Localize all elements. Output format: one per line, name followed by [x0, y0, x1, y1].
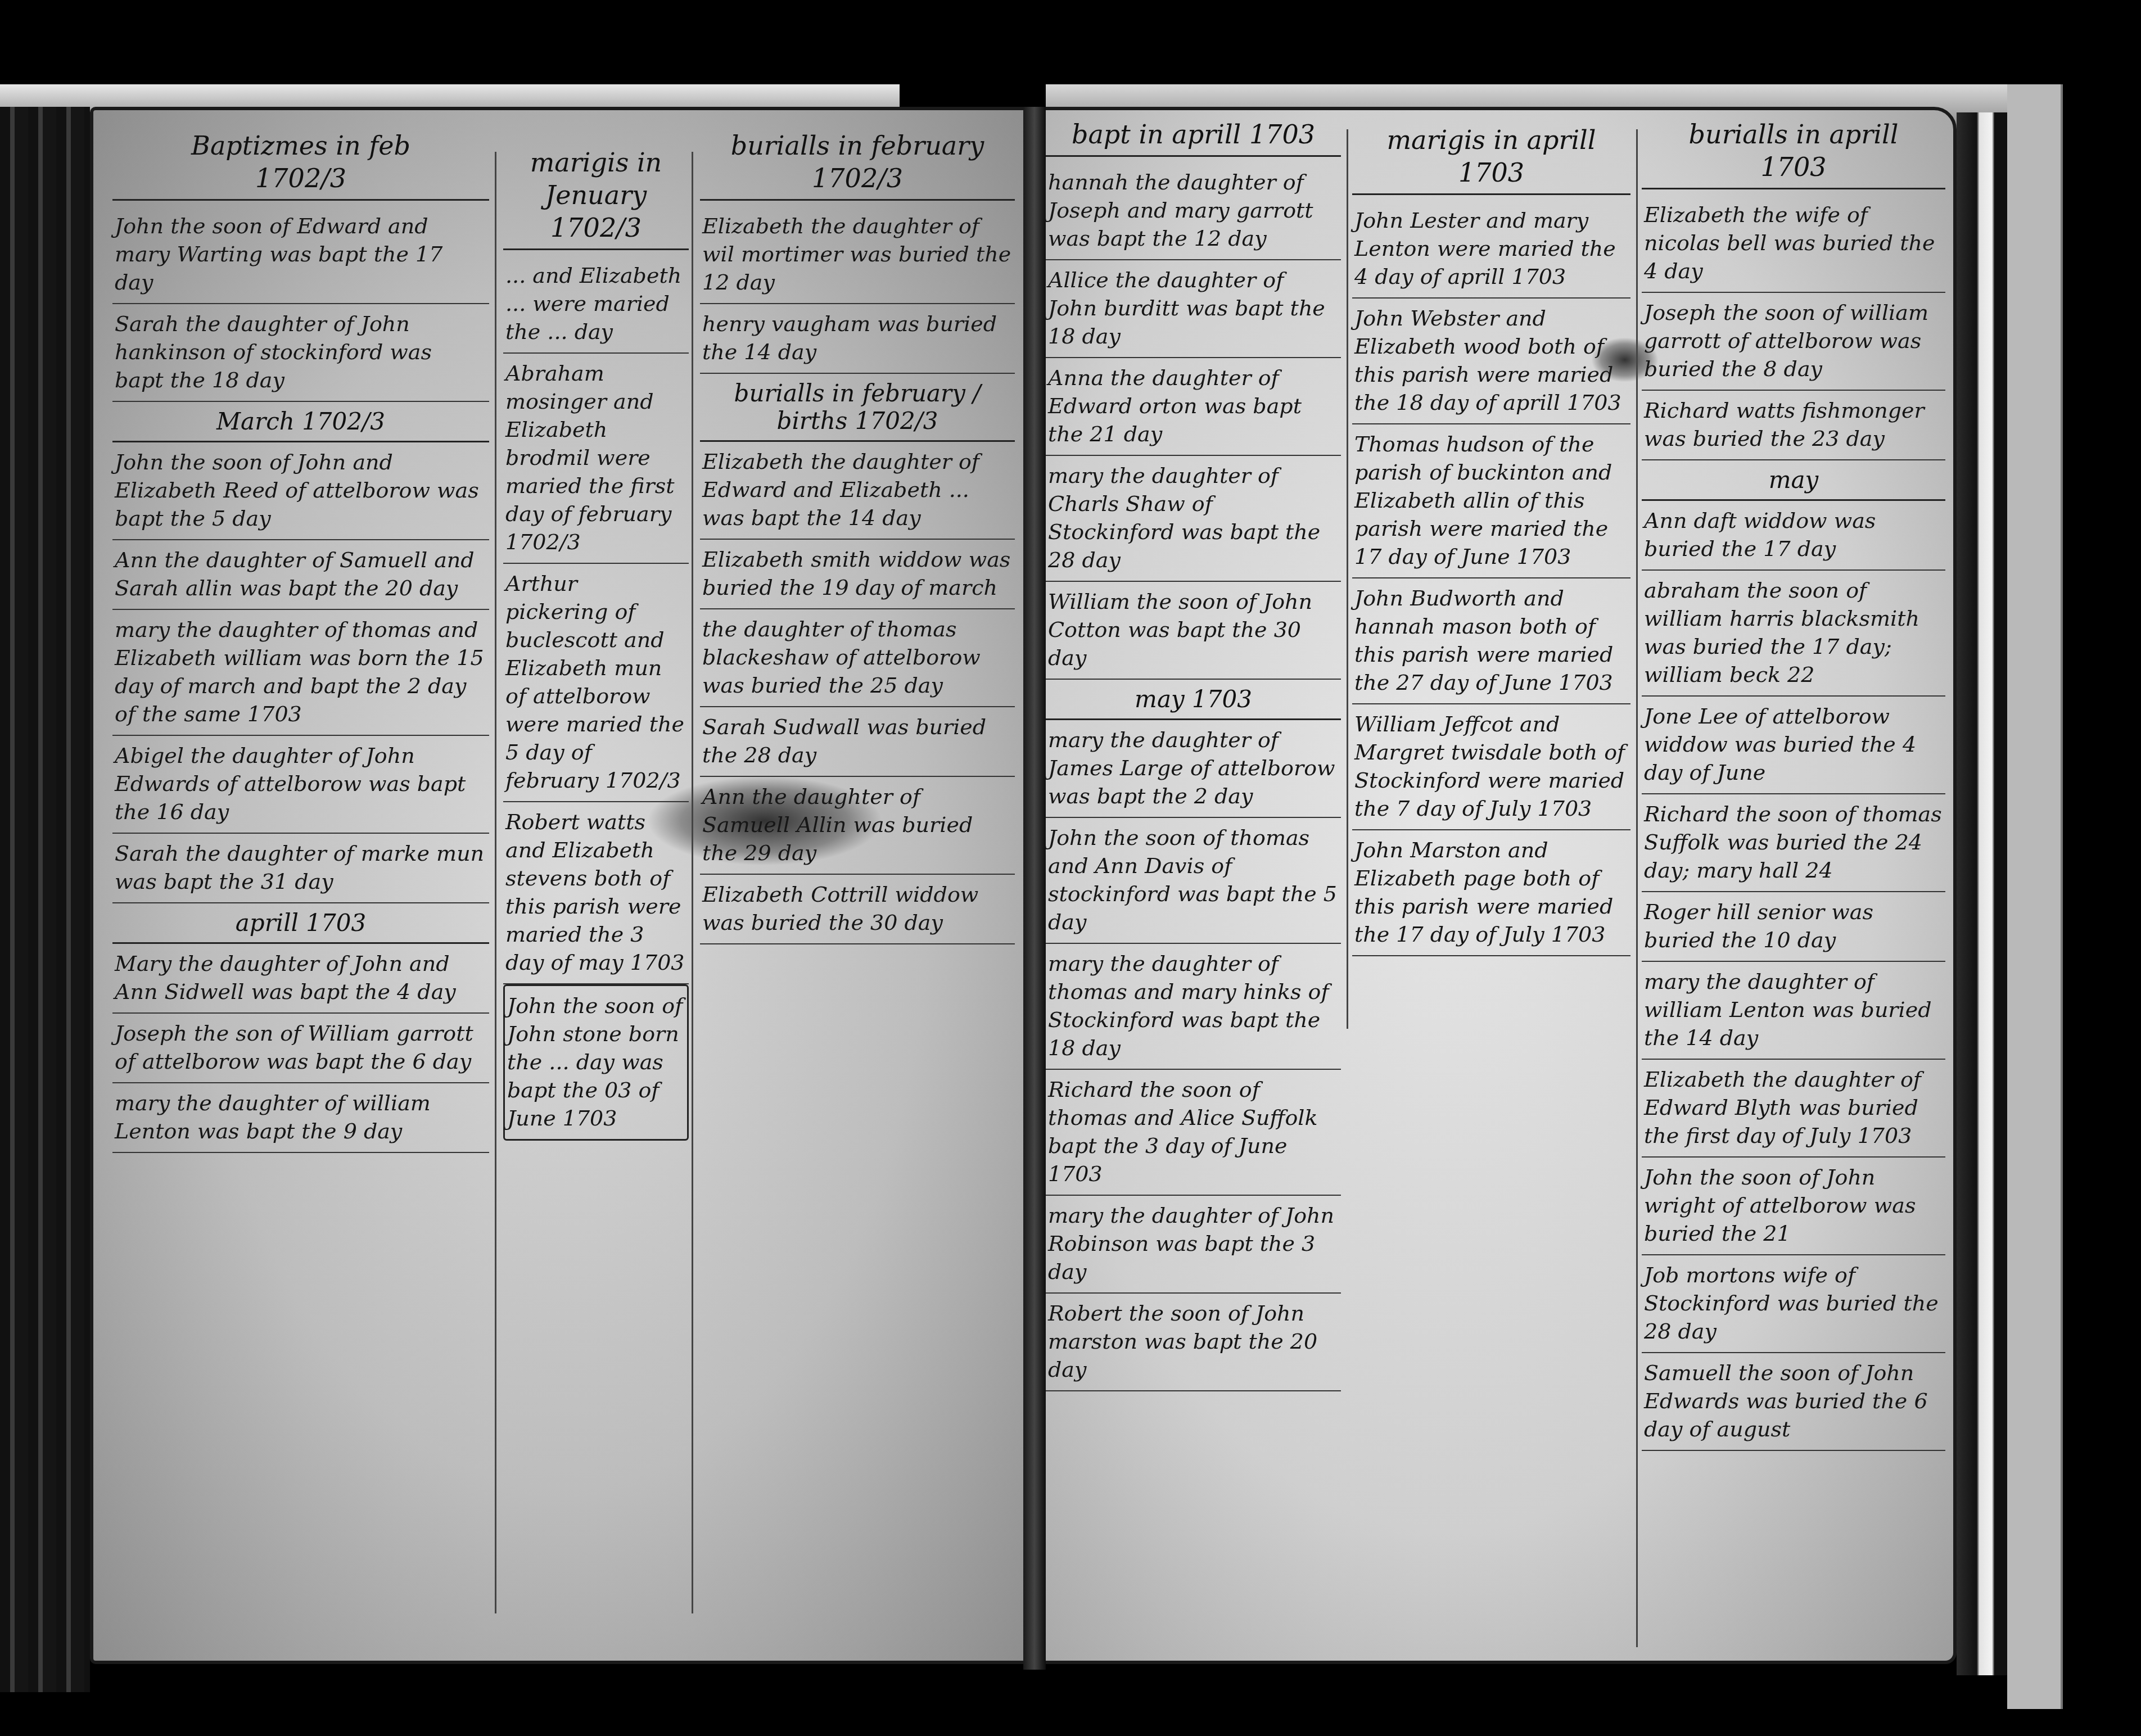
- register-entry: Abraham mosinger and Elizabeth brodmil w…: [503, 354, 689, 564]
- register-entry: Ann the daughter of Samuell Allin was bu…: [700, 777, 1015, 875]
- column-heading-title: bapt in aprill 1703: [1046, 118, 1341, 151]
- register-entry: Elizabeth the daughter of Edward and Eli…: [700, 442, 1015, 540]
- page-edges-right: [1957, 112, 2007, 1675]
- register-entry: John the soon of John and Elizabeth Reed…: [112, 442, 489, 540]
- register-entry: Robert the soon of John marston was bapt…: [1046, 1294, 1341, 1391]
- column-heading-year: 1702/3: [503, 211, 689, 244]
- column-heading-title: marigis in aprill: [1352, 124, 1630, 156]
- column-heading: marigis in aprill1703: [1352, 124, 1630, 195]
- register-entry: John Budworth and hannah mason both of t…: [1352, 578, 1630, 704]
- register-entry: mary the daughter of thomas and mary hin…: [1046, 944, 1341, 1070]
- right-col-marriages: marigis in aprill1703John Lester and mar…: [1352, 124, 1630, 956]
- register-entry: Elizabeth the daughter of wil mortimer w…: [700, 206, 1015, 304]
- register-entry: John Webster and Elizabeth wood both of …: [1352, 299, 1630, 424]
- register-entry: John the soon of John wright of attelbor…: [1642, 1158, 1945, 1255]
- register-entry: Mary the daughter of John and Ann Sidwel…: [112, 944, 489, 1014]
- register-entry: the daughter of thomas blackeshaw of att…: [700, 609, 1015, 707]
- register-entry: Roger hill senior was buried the 10 day: [1642, 892, 1945, 962]
- right-col-burials: burialls in aprill1703Elizabeth the wife…: [1642, 118, 1945, 1451]
- register-entry: mary the daughter of Charls Shaw of Stoc…: [1046, 456, 1341, 582]
- register-entry: Elizabeth smith widdow was buried the 19…: [700, 540, 1015, 609]
- register-entry: John the soon of thomas and Ann Davis of…: [1046, 818, 1341, 944]
- boxed-register-entry: John the soon of John stone born the ...…: [503, 984, 689, 1141]
- register-entry: Sarah the daughter of John hankinson of …: [112, 304, 489, 402]
- column-heading-year: 1703: [1352, 156, 1630, 189]
- column-heading: bapt in aprill 1703: [1046, 118, 1341, 157]
- register-entry: mary the daughter of william Lenton was …: [1642, 962, 1945, 1060]
- register-entry: Job mortons wife of Stockinford was buri…: [1642, 1255, 1945, 1353]
- column-heading-title: Baptizmes in feb: [112, 129, 489, 162]
- book-cover-right: [2007, 84, 2063, 1709]
- register-entry: Richard the soon of thomas and Alice Suf…: [1046, 1070, 1341, 1196]
- column-rule: [1347, 129, 1348, 1029]
- register-entry: mary the daughter of william Lenton was …: [112, 1083, 489, 1153]
- register-entry: mary the daughter of John Robinson was b…: [1046, 1196, 1341, 1294]
- register-entry: mary the daughter of thomas and Elizabet…: [112, 610, 489, 736]
- register-entry: ... and Elizabeth ... were maried the ..…: [503, 256, 689, 354]
- register-entry: Elizabeth the wife of nicolas bell was b…: [1642, 195, 1945, 293]
- column-heading: burialls in aprill1703: [1642, 118, 1945, 189]
- month-subheading: burialls in february / births 1702/3: [700, 374, 1015, 442]
- column-heading-year: 1703: [1642, 151, 1945, 183]
- column-heading: burialls in february1702/3: [700, 129, 1015, 201]
- left-col-baptisms: Baptizmes in feb1702/3John the soon of E…: [112, 129, 489, 1153]
- column-heading-title: burialls in aprill: [1642, 118, 1945, 151]
- register-entry: henry vaugham was buried the 14 day: [700, 304, 1015, 374]
- column-heading-title: burialls in february: [700, 129, 1015, 162]
- register-entry: Arthur pickering of buclescott and Eliza…: [503, 564, 689, 802]
- register-entry: Elizabeth the daughter of Edward Blyth w…: [1642, 1060, 1945, 1158]
- register-entry: Richard the soon of thomas Suffolk was b…: [1642, 794, 1945, 892]
- register-entry: John Lester and mary Lenton were maried …: [1352, 201, 1630, 299]
- month-subheading: March 1702/3: [112, 402, 489, 442]
- register-entry: Richard watts fishmonger was buried the …: [1642, 391, 1945, 460]
- column-heading-title: marigis in Jenuary: [503, 146, 689, 211]
- register-entry: John Marston and Elizabeth page both of …: [1352, 830, 1630, 956]
- register-entry: hannah the daughter of Joseph and mary g…: [1046, 162, 1341, 260]
- column-heading-year: 1702/3: [700, 162, 1015, 195]
- book-gutter: [1023, 107, 1046, 1670]
- month-subheading: aprill 1703: [112, 903, 489, 944]
- register-entry: Allice the daughter of John burditt was …: [1046, 260, 1341, 358]
- register-entry: Sarah the daughter of marke mun was bapt…: [112, 834, 489, 903]
- register-entry: William Jeffcot and Margret twisdale bot…: [1352, 704, 1630, 830]
- register-entry: Ann the daughter of Samuell and Sarah al…: [112, 540, 489, 610]
- column-heading: Baptizmes in feb1702/3: [112, 129, 489, 201]
- register-entry: Robert watts and Elizabeth stevens both …: [503, 802, 689, 984]
- column-heading-year: 1702/3: [112, 162, 489, 195]
- column-rule: [495, 152, 496, 1613]
- register-entry: Samuell the soon of John Edwards was bur…: [1642, 1353, 1945, 1451]
- book-spine-left: [0, 107, 90, 1692]
- register-entry: Jone Lee of attelborow widdow was buried…: [1642, 697, 1945, 794]
- register-entry: Thomas hudson of the parish of buckinton…: [1352, 424, 1630, 578]
- left-col-marriages: marigis in Jenuary1702/3... and Elizabet…: [503, 146, 689, 1141]
- register-entry: John the soon of Edward and mary Warting…: [112, 206, 489, 304]
- month-subheading: may: [1642, 460, 1945, 501]
- register-entry: mary the daughter of James Large of atte…: [1046, 720, 1341, 818]
- register-entry: William the soon of John Cotton was bapt…: [1046, 582, 1341, 680]
- left-col-burials: burialls in february1702/3Elizabeth the …: [700, 129, 1015, 944]
- register-entry: Abigel the daughter of John Edwards of a…: [112, 736, 489, 834]
- register-entry: Sarah Sudwall was buried the 28 day: [700, 707, 1015, 777]
- register-entry: Anna the daughter of Edward orton was ba…: [1046, 358, 1341, 456]
- register-entry: Joseph the soon of william garrott of at…: [1642, 293, 1945, 391]
- right-col-baptisms: bapt in aprill 1703hannah the daughter o…: [1046, 118, 1341, 1391]
- column-heading: marigis in Jenuary1702/3: [503, 146, 689, 250]
- register-entry: Ann daft widdow was buried the 17 day: [1642, 501, 1945, 571]
- register-entry: abraham the soon of william harris black…: [1642, 571, 1945, 697]
- column-rule: [692, 152, 693, 1613]
- register-entry: Elizabeth Cottrill widdow was buried the…: [700, 875, 1015, 944]
- column-rule: [1636, 129, 1638, 1647]
- register-entry: Joseph the son of William garrott of att…: [112, 1014, 489, 1083]
- month-subheading: may 1703: [1046, 680, 1341, 720]
